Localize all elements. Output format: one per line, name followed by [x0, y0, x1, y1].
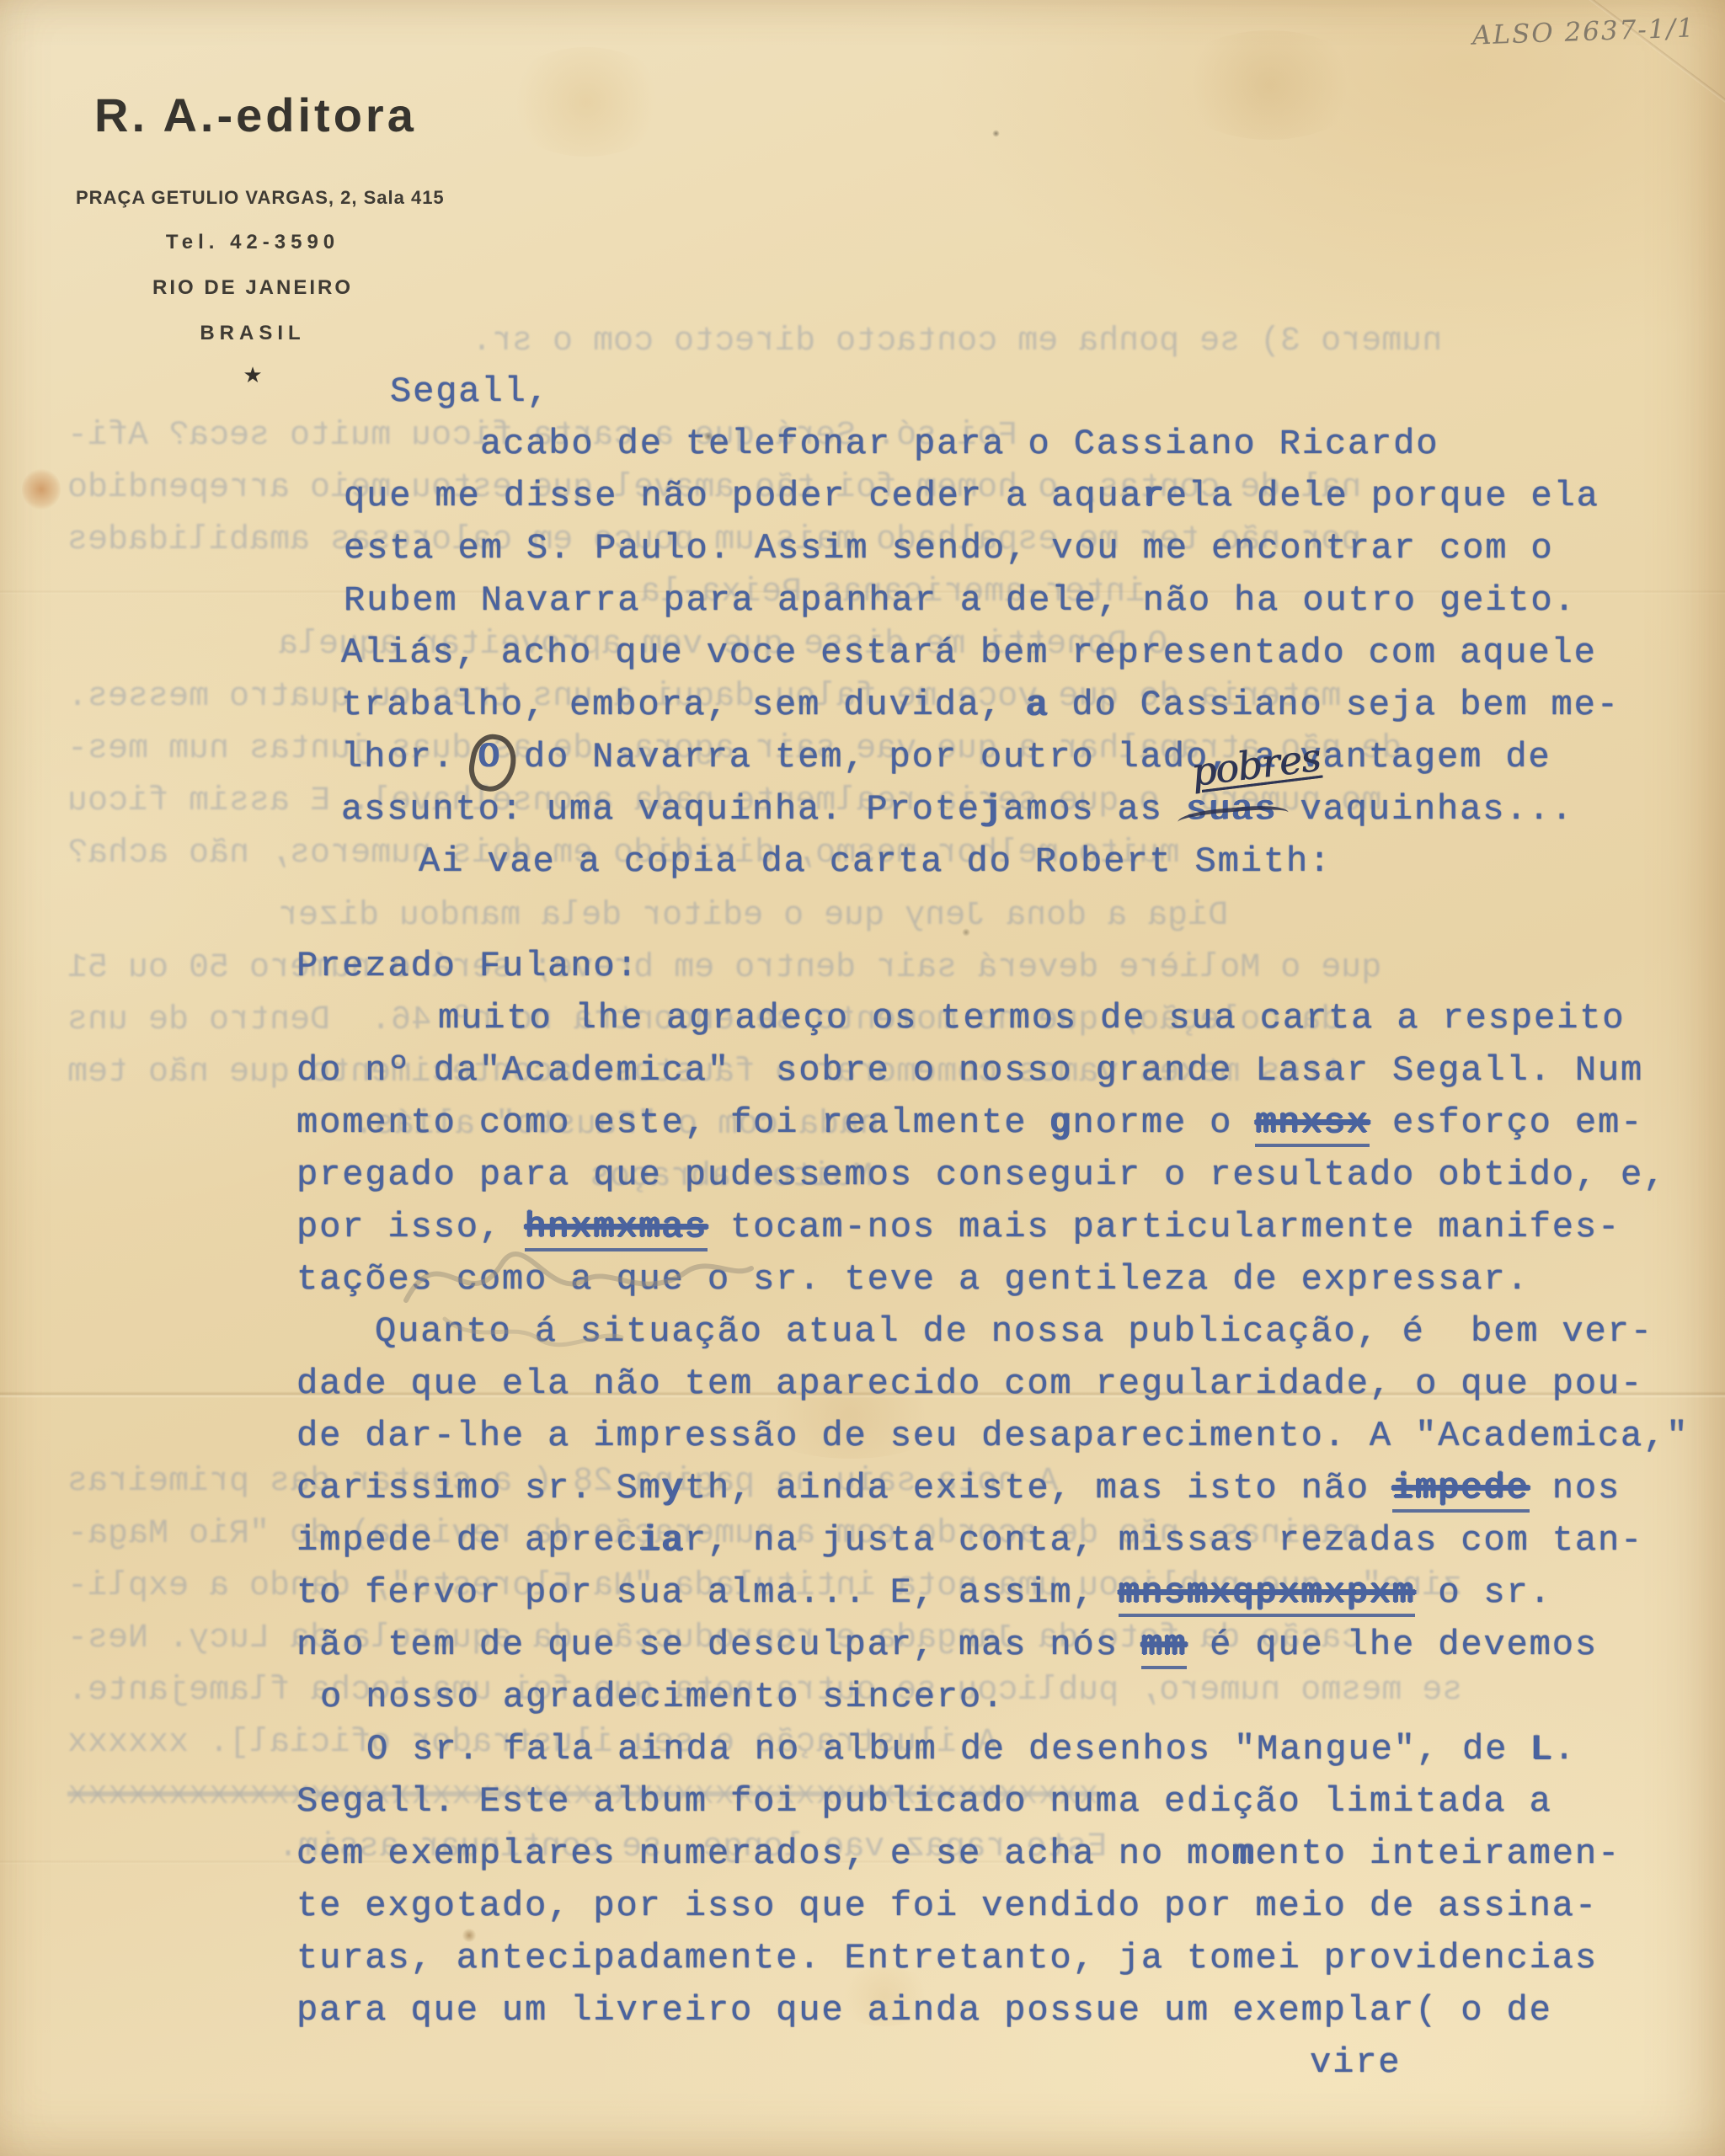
struck-word: hnxmxmas: [525, 1207, 708, 1251]
typed-line: para que um livreiro que ainda possue um…: [296, 1993, 1552, 2028]
bleedthrough-line: numero 3) se ponha em contacto directo c…: [472, 325, 1442, 359]
typed-line: muito lhe agradeço os termos de sua cart…: [438, 1001, 1625, 1036]
paper-stain: [502, 47, 670, 157]
struck-word: mm: [1141, 1625, 1187, 1669]
overtyped-char: ia: [639, 1520, 685, 1561]
typed-line: assunto: uma vaquinha. Protejamos as sua…: [341, 792, 1574, 827]
typed-line: Rubem Navarra para apanhar a dele, não h…: [344, 583, 1577, 618]
typed-line: carissimo sr. Smyth, ainda existe, mas i…: [296, 1470, 1621, 1506]
typed-line: Segall. Este album foi publicado numa ed…: [296, 1784, 1552, 1819]
typed-line: acabo de telefonar para o Cassiano Ricar…: [480, 426, 1439, 462]
typed-line: impede de apreciar, na justa conta, miss…: [296, 1523, 1643, 1558]
typed-line: Aliás, acho que voce estará bem represen…: [341, 635, 1597, 670]
typed-line: vire: [1310, 2045, 1401, 2080]
typed-line: Ai vae a copia da carta do Robert Smith:: [419, 844, 1332, 879]
letter-page: numero 3) se ponha em contacto directo c…: [0, 0, 1725, 2156]
archive-code-annotation: ALSO 2637-1/1: [1471, 13, 1696, 51]
company-country: BRASIL: [76, 322, 430, 345]
hand-struck-word: suaspobres: [1186, 789, 1277, 830]
circled-char: O: [478, 739, 501, 775]
typed-line: momento como este, foi realmente gnorme …: [296, 1105, 1643, 1140]
typed-line: turas, antecipadamente. Entretanto, ja t…: [296, 1940, 1598, 1976]
overtyped-char: y: [662, 1468, 685, 1508]
typed-line: por isso, hnxmxmas tocam-nos mais partic…: [296, 1209, 1621, 1245]
overtyped-char: g: [1049, 1102, 1072, 1143]
bleedthrough-line: Diga a dona Jeny que o editor dela mando…: [278, 899, 1228, 933]
typed-line: que me disse não poder ceder a aquarela …: [344, 478, 1599, 514]
typed-line: Segall,: [390, 374, 550, 409]
company-phone: Tel. 42-3590: [76, 231, 430, 254]
paper-stain: [1172, 30, 1366, 140]
typed-line: lhor. O do Navarra tem, por outro lado, …: [341, 739, 1551, 775]
typed-line: O sr. fala ainda no album de desenhos "M…: [366, 1732, 1577, 1767]
typed-line: esta em S. Paulo. Assim sendo, vou me en…: [344, 531, 1554, 566]
struck-word: mnsmxqpxmxpxm: [1119, 1572, 1415, 1617]
typed-line: Quanto á situação atual de nossa publica…: [375, 1314, 1653, 1349]
typed-line: do nº da"Academica" sobre o nosso grande…: [296, 1053, 1643, 1088]
typed-line: Prezado Fulano:: [296, 948, 639, 984]
company-city: RIO DE JANEIRO: [76, 276, 430, 300]
typed-line: de dar-lhe a impressão de seu desapareci…: [296, 1418, 1689, 1454]
typed-line: trabalho, embora, sem duvida, a do Cassi…: [341, 687, 1620, 723]
star-ornament: ★: [76, 362, 430, 388]
overtyped-char: r: [1143, 476, 1166, 516]
typed-line: cem exemplares numerados, e se acha no m…: [296, 1836, 1621, 1871]
bleedthrough-line: que o Molière deverá sair dentro em brev…: [67, 952, 1381, 985]
overtyped-char: j: [980, 789, 1003, 830]
typed-line: te exgotado, por isso que foi vendido po…: [296, 1888, 1598, 1924]
overtyped-char: a: [1026, 685, 1049, 725]
paper-speck: [992, 130, 1000, 137]
typed-line: tações como a que o sr. teve a gentileza…: [296, 1262, 1530, 1297]
typed-line: to fervor por sua alma... E, assim, mnsm…: [296, 1575, 1552, 1610]
typed-line: dade que ela não tem aparecido com regul…: [296, 1366, 1643, 1401]
company-name: R. A.-editora: [94, 88, 417, 142]
typed-line: o nosso agradecimento sincero.: [320, 1679, 1005, 1715]
overtyped-char: m: [1232, 1833, 1255, 1874]
typed-line: não tem de que se desculpar, mas nós mm …: [296, 1627, 1598, 1662]
struck-word: impede: [1392, 1468, 1530, 1513]
struck-word: mnxsx: [1255, 1102, 1370, 1147]
company-address: PRAÇA GETULIO VARGAS, 2, Sala 415: [76, 187, 430, 209]
paper-stain: [22, 468, 61, 510]
overtyped-char: L: [1530, 1729, 1553, 1769]
typed-line: pregado para que pudessemos conseguir o …: [296, 1157, 1666, 1193]
